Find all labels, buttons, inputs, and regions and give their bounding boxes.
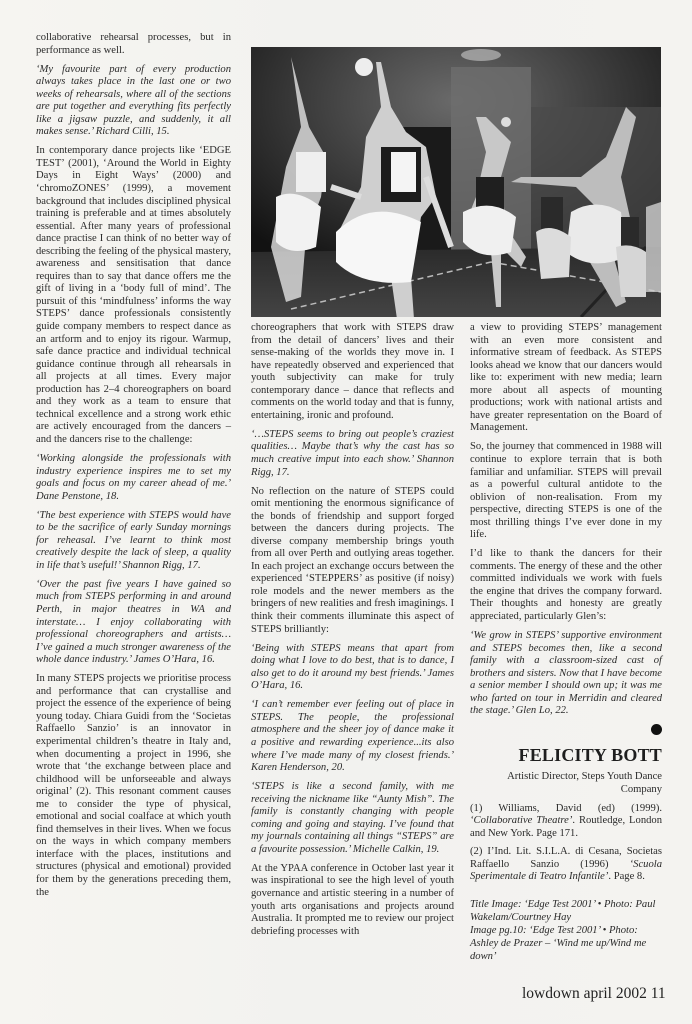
column-1: collaborative rehearsal processes, but i… [36,32,231,906]
reference-1-text: (1) Williams, David (ed) (1999). [470,803,662,814]
credit-title-image: Title Image: ‘Edge Test 2001’ • Photo: P… [470,898,662,924]
reference-2: (2) I’Ind. Lit. S.I.L.A. di Cesana, Soci… [470,846,662,884]
photo-credits: Title Image: ‘Edge Test 2001’ • Photo: P… [470,898,662,963]
body-paragraph: I’d like to thank the dancers for their … [470,548,662,623]
end-bullet-icon [651,724,662,735]
author-name: FELICITY BOTT [470,745,662,765]
body-paragraph: So, the journey that commenced in 1988 w… [470,441,662,541]
body-paragraph: a view to providing STEPS’ management wi… [470,322,662,435]
body-paragraph: choreographers that work with STEPS draw… [251,322,454,422]
body-paragraph: In contemporary dance projects like ‘EDG… [36,145,231,446]
reference-2-suffix: . Page 8. [608,871,644,882]
column-2: choreographers that work with STEPS draw… [251,322,454,945]
quote-james-ohara: ‘Over the past five years I have gained … [36,579,231,667]
quote-dane-penstone: ‘Working alongside the professionals wit… [36,453,231,503]
credit-image-pg10: Image pg.10: ‘Edge Test 2001’ • Photo: A… [470,924,662,963]
quote-karen-henderson: ‘I can’t remember ever feeling out of pl… [251,699,454,774]
reference-1: (1) Williams, David (ed) (1999). ‘Collab… [470,803,662,841]
author-role: Artistic Director, Steps Youth Dance Com… [470,771,662,796]
body-paragraph: At the YPAA conference in October last y… [251,863,454,938]
page-footer: lowdown april 2002 11 [522,985,666,1003]
quote-james-ohara: ‘Being with STEPS means that apart from … [251,643,454,693]
photo-dancers-icon [251,47,661,317]
dancers-photo [251,47,661,317]
references: (1) Williams, David (ed) (1999). ‘Collab… [470,803,662,884]
quote-shannon-rigg: ‘The best experience with STEPS would ha… [36,510,231,573]
quote-michelle-calkin: ‘STEPS is like a second family, with me … [251,781,454,856]
reference-1-title: ‘Collaborative Theatre’ [470,815,572,826]
quote-richard-cilli: ‘My favourite part of every production a… [36,64,231,139]
column-3: a view to providing STEPS’ management wi… [470,322,662,963]
body-paragraph: No reflection on the nature of STEPS cou… [251,486,454,637]
quote-shannon-rigg: ‘…STEPS seems to bring out people’s craz… [251,429,454,479]
body-paragraph: collaborative rehearsal processes, but i… [36,32,231,57]
magazine-page: collaborative rehearsal processes, but i… [0,0,692,1024]
quote-glen-lo: ‘We grow in STEPS’ supportive environmen… [470,630,662,718]
body-paragraph: In many STEPS projects we prioritise pro… [36,673,231,899]
